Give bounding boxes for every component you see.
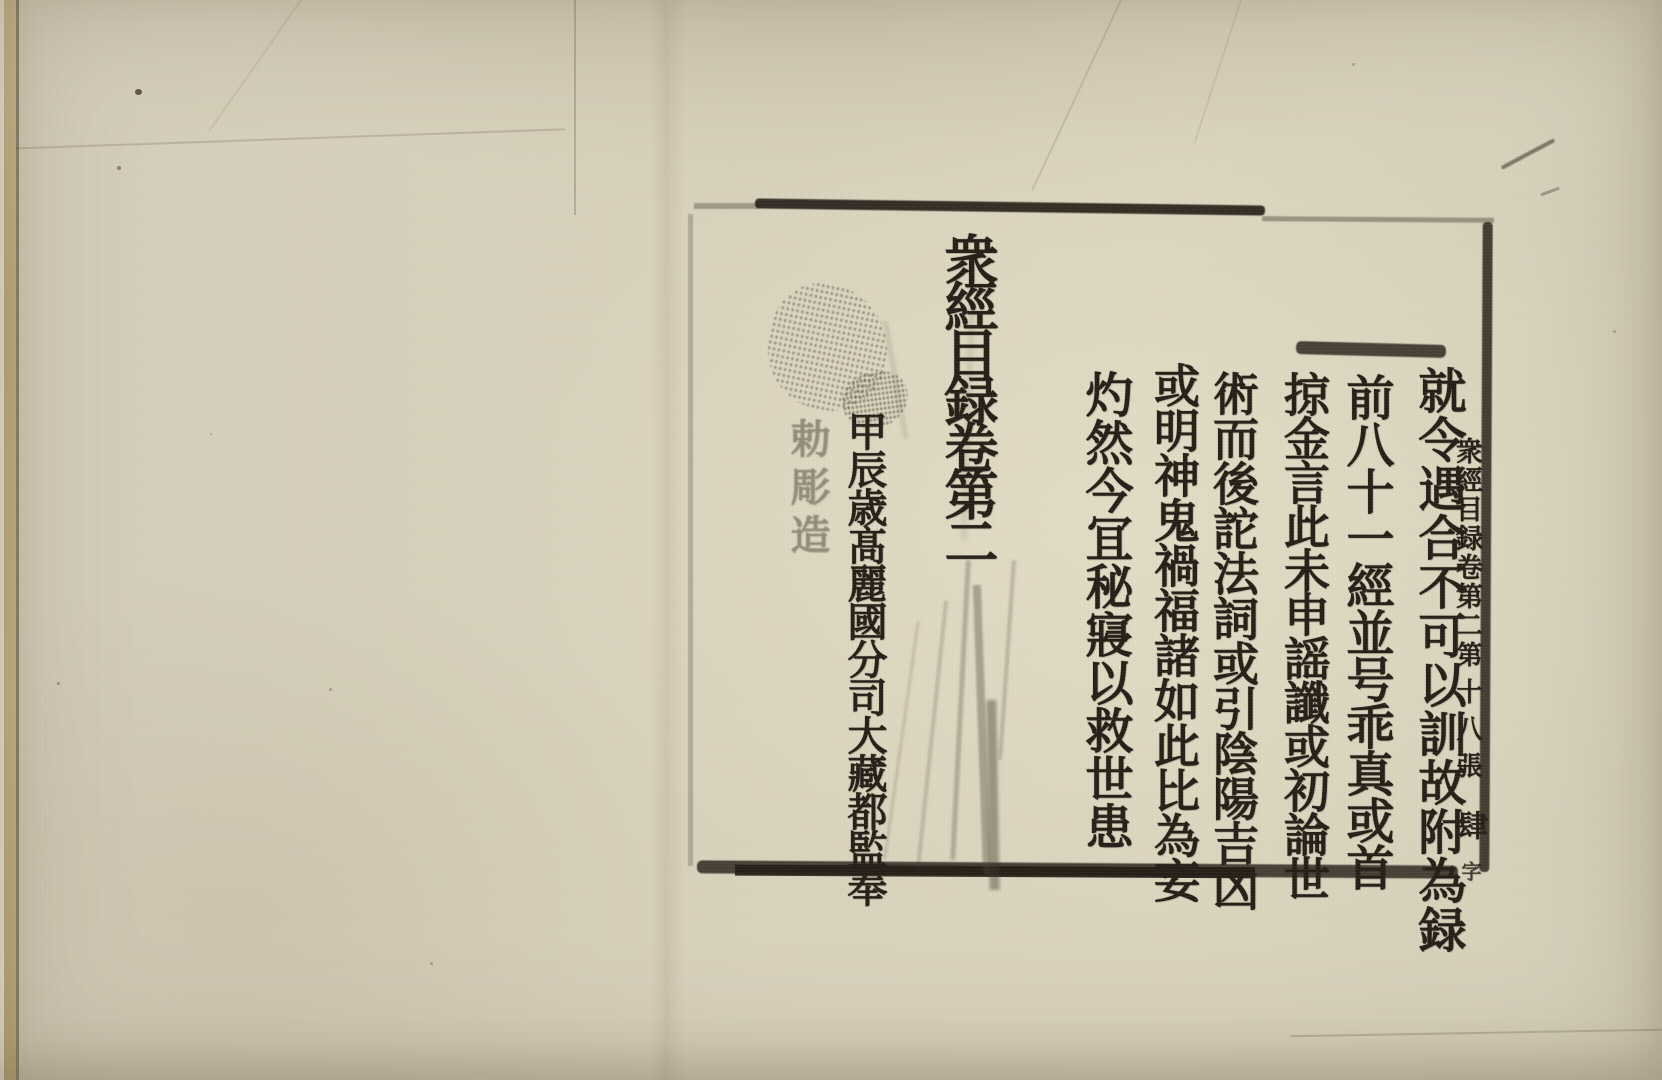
paper-speck <box>135 89 142 95</box>
crease-shading <box>650 0 684 1080</box>
colophon-decree-text: 勅彫造 <box>779 418 836 562</box>
paper-speck <box>57 682 60 685</box>
paper-speck <box>117 166 121 170</box>
body-text-column-6: 灼然今冝秘寢以救世患 <box>1070 370 1139 850</box>
paper-speck <box>1352 63 1355 66</box>
ink-smudge-streak <box>916 601 948 870</box>
crease-line <box>1194 0 1242 143</box>
paper-speck <box>210 433 212 435</box>
body-text-column-5: 或明神鬼禍福諸如此比為妄 <box>1140 362 1206 902</box>
scratch-mark <box>1540 187 1560 197</box>
crease-line <box>0 128 565 150</box>
ink-smudge-streak <box>950 560 971 860</box>
colophon-text: 甲辰歳髙麗國分司大藏都監奉 <box>836 411 893 905</box>
frame-inner-ink-bar <box>1296 341 1446 358</box>
paper-speck <box>430 962 433 965</box>
crease-line <box>1290 1029 1662 1037</box>
body-text-column-1: 就令遇合不可以訓故附為録 <box>1403 366 1472 954</box>
body-text-column-3: 掠金言此未申謡讖或初論世 <box>1270 371 1336 899</box>
crease-line <box>574 0 576 215</box>
frame-top-edge-faint <box>1262 216 1494 223</box>
ink-smudge-streak <box>973 585 991 875</box>
crease-line <box>208 0 301 132</box>
crease-line <box>1031 0 1122 191</box>
body-text-column-2: 前八十一經並号乖真或首 <box>1331 373 1400 890</box>
binding-edge-strip <box>4 0 16 1080</box>
body-text-column-4: 術而後詑法詞或引陰陽吉凶 <box>1199 370 1265 910</box>
volume-end-title: 衆經目録卷第二 <box>929 232 1006 561</box>
frame-left-edge-faint <box>688 214 693 866</box>
ink-smudge-streak <box>998 560 1016 760</box>
frame-top-edge <box>755 198 1265 215</box>
binding-edge-line <box>16 0 19 1080</box>
manuscript-page: 衆經目録卷第二 第十八張 肆 字 就令遇合不可以訓故附為録 前八十一經並号乖真或… <box>0 0 1662 1080</box>
paper-speck <box>329 688 332 691</box>
ink-smudge-blob <box>756 274 899 421</box>
frame-top-edge-left-faint <box>694 203 759 209</box>
scratch-mark <box>1501 138 1556 170</box>
paper-speck <box>1613 330 1616 333</box>
